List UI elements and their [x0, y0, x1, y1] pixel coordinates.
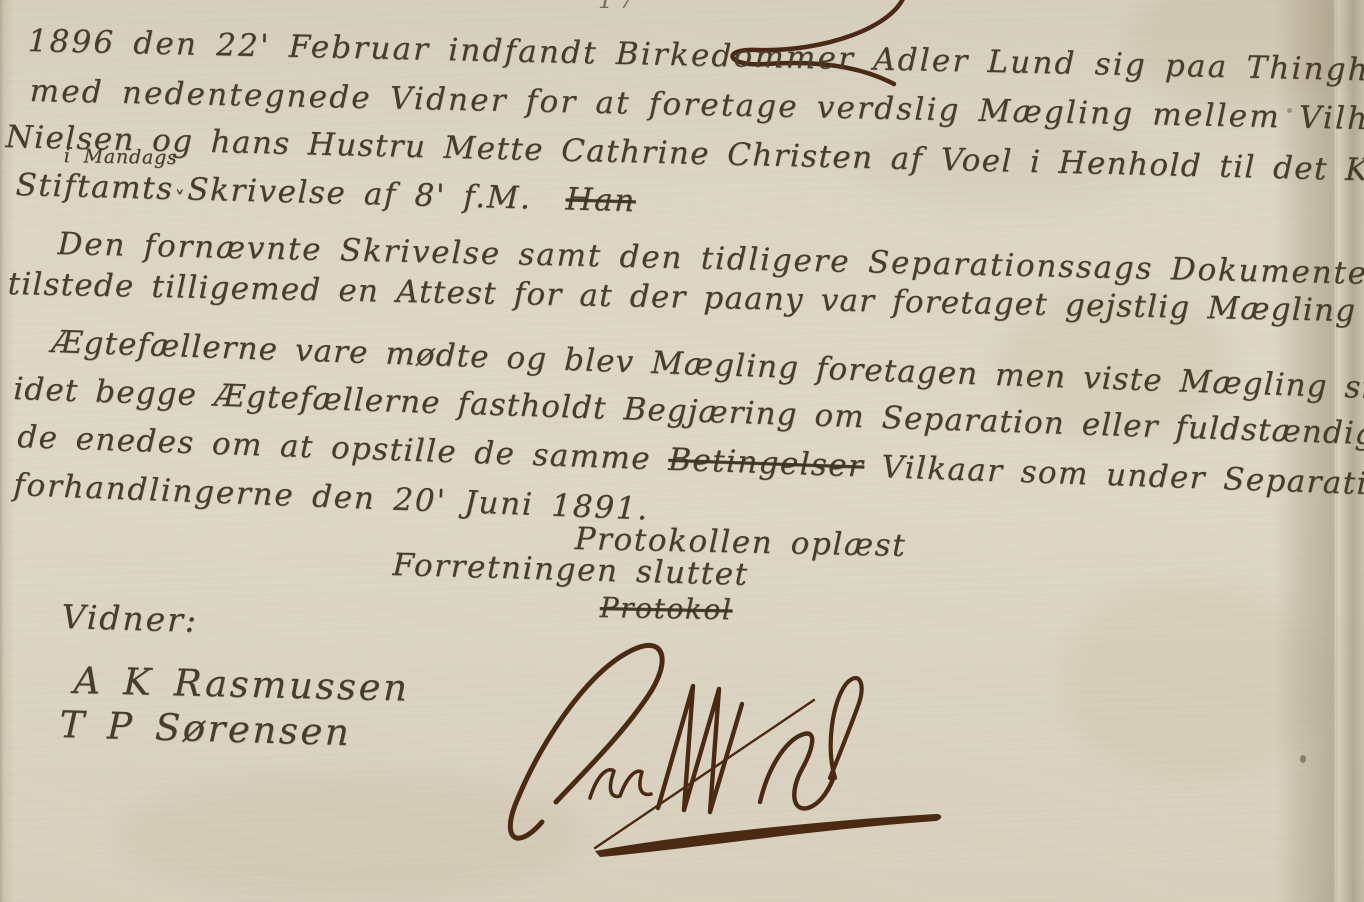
entry-line-4-word-b: Skrivelse af 8' f.M.: [187, 171, 532, 216]
signature-adler-lund: [290, 610, 1010, 890]
struck-word-betingelser: Betingelser: [668, 442, 865, 485]
insertion-caret: ˅: [174, 186, 186, 210]
witnesses-heading: Vidner:: [61, 600, 198, 637]
spacer: [531, 209, 565, 210]
interlinear-insertion: i Mandags: [64, 147, 178, 168]
entry-line-4-word-a: Stiftamts: [15, 167, 174, 207]
scanned-document-page: { "document": { "language": "Danish", "k…: [0, 0, 1364, 902]
ink-speck: [1300, 755, 1306, 763]
struck-word-han: Han: [565, 181, 636, 219]
